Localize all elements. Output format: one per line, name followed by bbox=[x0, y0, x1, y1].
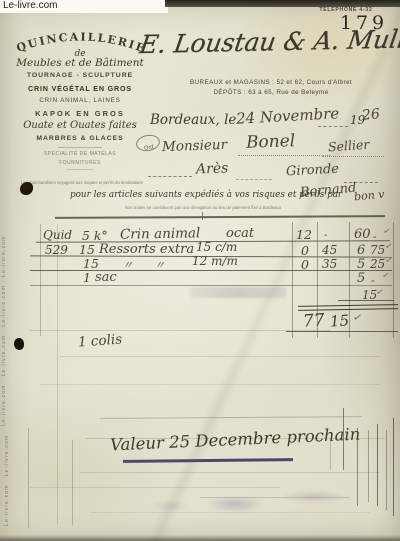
row-total-c: 25 bbox=[370, 257, 385, 271]
row-qty: 1 bbox=[83, 270, 91, 285]
header-rule-tick bbox=[202, 212, 203, 220]
ledger-vline bbox=[377, 424, 378, 506]
ink-smudge bbox=[150, 500, 190, 512]
ledger-line bbox=[100, 416, 362, 419]
check-tick: ✓ bbox=[352, 310, 364, 325]
company-address-2: DÉPÔTS : 63 à 65, Rue de Beleyme bbox=[158, 89, 384, 96]
row-price-c: 35 bbox=[322, 257, 337, 271]
ledger-line bbox=[30, 487, 280, 488]
traites-fineprint: Nos traites ne constituent pas une dérog… bbox=[88, 205, 318, 210]
recipient-profession: Sellier bbox=[328, 137, 370, 155]
date-handwritten: 24 Novembre bbox=[236, 104, 340, 127]
scan-edge-bottom bbox=[0, 535, 400, 541]
row-desc: sac bbox=[95, 270, 117, 285]
total-line bbox=[286, 331, 398, 332]
grand-total-francs: 77 bbox=[302, 310, 325, 331]
total-double-rule bbox=[298, 304, 398, 311]
row-qty: 15 bbox=[83, 256, 99, 271]
date-leader bbox=[318, 126, 348, 127]
row-price-c: 45 bbox=[322, 243, 337, 257]
recipient-salutation: Monsieur bbox=[162, 137, 228, 155]
sidebar-line-1: TOURNAGE - SCULPTURE bbox=[14, 72, 146, 79]
ledger-vline bbox=[330, 440, 331, 470]
scan-edge-top bbox=[165, 0, 400, 7]
table-vline bbox=[393, 222, 394, 338]
row-note: 15 c/m bbox=[196, 240, 237, 254]
row-line bbox=[338, 300, 394, 301]
watermark-strip: Le-livre.com bbox=[0, 0, 168, 13]
sidebar-small-2: FOURNITURES bbox=[14, 160, 146, 166]
sidebar-small-1: SPÉCIALITÉ DE MATELAS bbox=[14, 151, 146, 157]
sidebar-divider bbox=[58, 147, 102, 148]
recipient-department: Gironde bbox=[286, 162, 340, 180]
shipping-handwritten-2: bon v bbox=[353, 188, 384, 204]
ledger-vline bbox=[72, 440, 73, 525]
sidebar-line-2: CRIN VÉGÉTAL EN GROS bbox=[14, 84, 146, 93]
row-total-fr: 5 bbox=[357, 271, 365, 286]
invoice-scan: Le-livre.com TÉLÉPHONE 4-32 179 E. Loust… bbox=[0, 0, 400, 541]
check-tick: ✓ bbox=[381, 270, 390, 281]
header-rule bbox=[55, 215, 385, 218]
ink-blot bbox=[14, 338, 24, 350]
city-date-printed: Bordeaux, le bbox=[150, 112, 236, 128]
sidebar-divider-2 bbox=[66, 169, 94, 170]
row-total-c: 75 bbox=[370, 243, 385, 257]
blue-underline bbox=[123, 458, 293, 462]
ledger-vline bbox=[357, 428, 358, 506]
ledger-vline bbox=[393, 418, 394, 516]
watermark-brand: Le-livre.com bbox=[3, 0, 57, 11]
row-line bbox=[30, 285, 392, 286]
year-handwritten: 26 bbox=[361, 106, 380, 124]
row-note: ocat bbox=[226, 226, 254, 241]
ink-blot bbox=[20, 182, 33, 195]
city-leader bbox=[148, 176, 192, 177]
sidebar-line-4: KAPOK EN GROS bbox=[14, 109, 146, 118]
sidebar-line-5: MARBRES & GLACES bbox=[14, 135, 146, 142]
row-price-c: - bbox=[324, 230, 327, 241]
side-watermark: Le-livre.com · Le-livre.com bbox=[4, 438, 10, 526]
ledger-vline bbox=[386, 430, 387, 510]
ledger-line bbox=[80, 472, 380, 473]
company-address-1: BUREAUX et MAGASINS : 52 et 62, Cours d'… bbox=[158, 79, 384, 86]
ledger-vline bbox=[368, 430, 369, 502]
side-watermark: Le-livre.com · Le-livre.com · Le-livre.c… bbox=[1, 212, 7, 426]
profession-underline bbox=[322, 156, 384, 157]
sidebar-script-1: Meubles et de Bâtiment bbox=[14, 57, 146, 69]
faint-stamp bbox=[190, 287, 286, 298]
check-tick: ✓ bbox=[375, 287, 384, 298]
sidebar-line-3: CRIN ANIMAL, LAINES bbox=[14, 97, 146, 104]
grand-total-cents: 15 bbox=[329, 311, 349, 330]
ledger-line bbox=[40, 384, 380, 385]
ledger-line bbox=[30, 330, 330, 331]
order-mark: Ord bbox=[144, 144, 154, 152]
ledger-vline bbox=[28, 428, 29, 528]
name-underline bbox=[238, 155, 330, 156]
colis-note: 1 colis bbox=[77, 331, 122, 350]
city-leader-2 bbox=[236, 179, 272, 180]
value-date-line: Valeur 25 Decembre prochain bbox=[110, 425, 361, 455]
row-note: 12 m/m bbox=[192, 254, 238, 268]
row-ref: Quid bbox=[43, 228, 72, 242]
row-desc: Crin animal bbox=[120, 225, 201, 242]
table-vline bbox=[57, 224, 58, 524]
check-tick: ✓ bbox=[382, 226, 391, 237]
ledger-line bbox=[60, 356, 380, 357]
recipient-city: Arès bbox=[196, 160, 229, 177]
company-name: E. Loustau & A. Muller bbox=[138, 24, 400, 59]
ink-smudge bbox=[205, 495, 265, 513]
ink-smudge bbox=[280, 490, 350, 504]
sidebar-script-2: Ouate et Ouates faites bbox=[14, 120, 146, 131]
ledger-vline bbox=[343, 408, 344, 470]
shipping-handwritten-1: Bornand bbox=[299, 181, 357, 201]
recipient-name: Bonel bbox=[246, 131, 296, 153]
table-vline bbox=[292, 222, 293, 338]
